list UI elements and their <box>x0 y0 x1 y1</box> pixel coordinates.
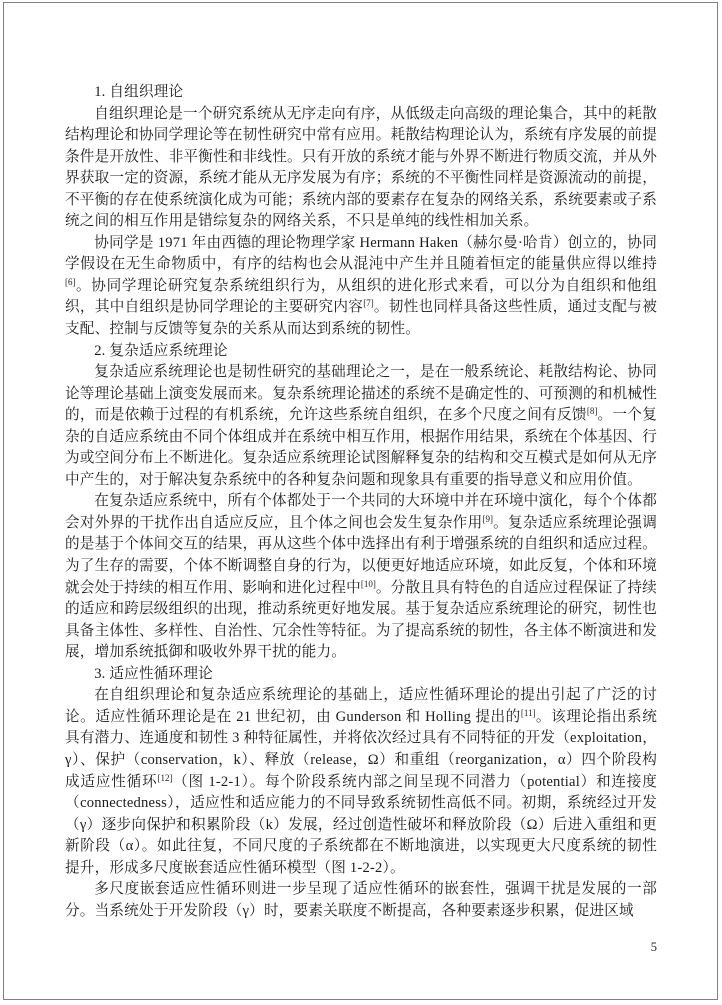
citation-superscript: [6] <box>65 277 76 287</box>
section-heading: 3. 适应性循环理论 <box>65 664 657 686</box>
citation-superscript: [7] <box>363 298 374 308</box>
body-paragraph: 在复杂适应系统中，所有个体都处于一个共同的大环境中并在环境中演化，每个个体都会对… <box>65 491 657 663</box>
section-heading-text: 1. 自组织理论 <box>94 84 183 100</box>
citation-superscript: [10] <box>361 579 376 589</box>
citation-superscript: [11] <box>521 708 536 718</box>
citation-superscript: [9] <box>482 514 493 524</box>
body-paragraph: 复杂适应系统理论也是韧性研究的基础理论之一，是在一般系统论、耗散结构论、协同论等… <box>65 362 657 491</box>
body-paragraph: 协同学是 1971 年由西德的理论物理学家 Hermann Haken（赫尔曼·… <box>65 233 657 341</box>
section-heading-text: 2. 复杂适应系统理论 <box>94 343 228 359</box>
body-paragraph: 多尺度嵌套适应性循环则进一步呈现了适应性循环的嵌套性，强调干扰是发展的一部分。当… <box>65 879 657 922</box>
page-number: 5 <box>65 940 657 955</box>
body-paragraph: 自组织理论是一个研究系统从无序走向有序，从低级走向高级的理论集合，其中的耗散结构… <box>65 104 657 233</box>
citation-superscript: [8] <box>587 406 598 416</box>
section-heading: 1. 自组织理论 <box>65 82 657 104</box>
citation-superscript: [12] <box>157 773 172 783</box>
section-heading: 2. 复杂适应系统理论 <box>65 341 657 363</box>
paragraph-text: 多尺度嵌套适应性循环则进一步呈现了适应性循环的嵌套性，强调干扰是发展的一部分。当… <box>65 881 657 919</box>
paragraph-text: 协同学是 1971 年由西德的理论物理学家 Hermann Haken（赫尔曼·… <box>65 235 657 273</box>
paragraph-text: 复杂适应系统理论也是韧性研究的基础理论之一，是在一般系统论、耗散结构论、协同论等… <box>65 364 657 423</box>
body-paragraph: 在自组织理论和复杂适应系统理论的基础上，适应性循环理论的提出引起了广泛的讨论。适… <box>65 685 657 879</box>
document-text-body: 1. 自组织理论 自组织理论是一个研究系统从无序走向有序，从低级走向高级的理论集… <box>65 82 657 922</box>
section-heading-text: 3. 适应性循环理论 <box>94 666 213 682</box>
paragraph-text: 自组织理论是一个研究系统从无序走向有序，从低级走向高级的理论集合，其中的耗散结构… <box>65 106 657 230</box>
